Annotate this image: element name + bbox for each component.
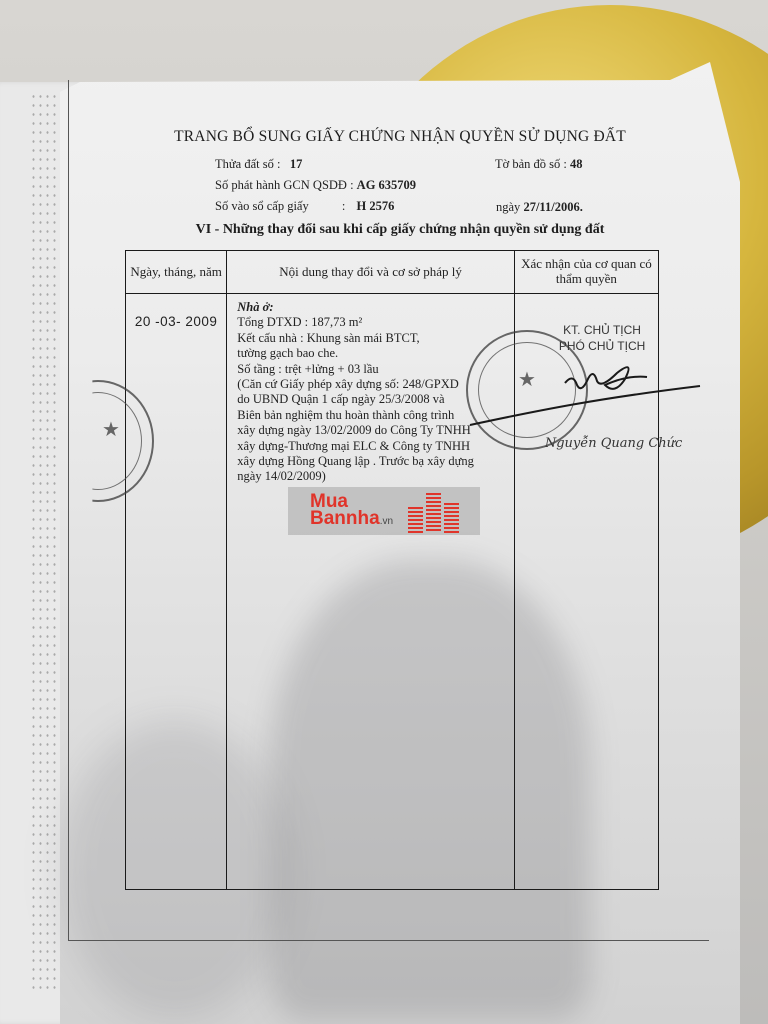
signer-title-line-1: KT. CHỦ TỊCH	[559, 322, 645, 338]
watermark-line-2: Bannha	[310, 508, 380, 529]
content-line: xây dựng Hồng Quang lập . Trước bạ xây d…	[237, 454, 508, 469]
changes-table: Ngày, tháng, năm Nội dung thay đổi và cơ…	[125, 250, 659, 890]
content-line: xây dựng-Thương mại ELC & Công ty TNHH	[237, 439, 508, 454]
map-sheet-number: Tờ bản đồ số : 48	[495, 157, 583, 172]
registry-label: Số vào sổ cấp giấy	[215, 199, 309, 213]
watermark-logo-text: Mua Bannha.vn	[310, 493, 393, 530]
certificate-value: AG 635709	[357, 178, 416, 192]
parcel-label: Thửa đất số :	[215, 157, 280, 171]
change-date: 20 -03- 2009	[126, 294, 227, 890]
header-date: Ngày, tháng, năm	[126, 251, 227, 294]
map-sheet-label: Tờ bản đồ số :	[495, 157, 567, 171]
section-title: VI - Những thay đổi sau khi cấp giấy chứ…	[120, 222, 680, 238]
document-title: TRANG BỔ SUNG GIẤY CHỨNG NHẬN QUYỀN SỬ D…	[120, 128, 680, 146]
content-line: tường gạch bao che.	[237, 346, 508, 361]
registry-separator: :	[342, 199, 345, 213]
map-sheet-value: 48	[570, 157, 583, 171]
signer-name: Nguyễn Quang Chức	[545, 436, 683, 451]
content-heading: Nhà ở:	[237, 300, 508, 315]
content-line: Tổng DTXD : 187,73 m²	[237, 315, 508, 330]
registry-number: Số vào sổ cấp giấy : H 2576	[215, 199, 394, 214]
content-line: ngày 14/02/2009)	[237, 469, 508, 484]
building-logo-icon	[408, 491, 460, 533]
content-line: xây dựng ngày 13/02/2009 do Công Ty TNHH	[237, 423, 508, 438]
parcel-value: 17	[290, 157, 303, 171]
issue-date-label: ngày	[496, 200, 520, 214]
muabannha-watermark: Mua Bannha.vn	[288, 487, 480, 535]
registry-value: H 2576	[356, 199, 394, 213]
parcel-number: Thửa đất số : 17	[215, 157, 302, 172]
watermark-suffix: .vn	[380, 516, 393, 527]
header-content: Nội dung thay đổi và cơ sở pháp lý	[227, 251, 515, 294]
content-line: Kết cấu nhà : Khung sàn mái BTCT,	[237, 331, 508, 346]
certificate-label: Số phát hành GCN QSDĐ :	[215, 178, 354, 192]
table-header-row: Ngày, tháng, năm Nội dung thay đổi và cơ…	[126, 251, 659, 294]
issue-date-value: 27/11/2006.	[523, 200, 582, 214]
content-line: Biên bản nghiệm thu hoàn thành công trìn…	[237, 408, 508, 423]
certificate-number: Số phát hành GCN QSDĐ : AG 635709	[215, 178, 416, 193]
issue-date: ngày 27/11/2006.	[496, 200, 583, 215]
header-confirmation: Xác nhận của cơ quan có thẩm quyền	[514, 251, 658, 294]
official-stamp-icon: ★	[466, 330, 588, 450]
